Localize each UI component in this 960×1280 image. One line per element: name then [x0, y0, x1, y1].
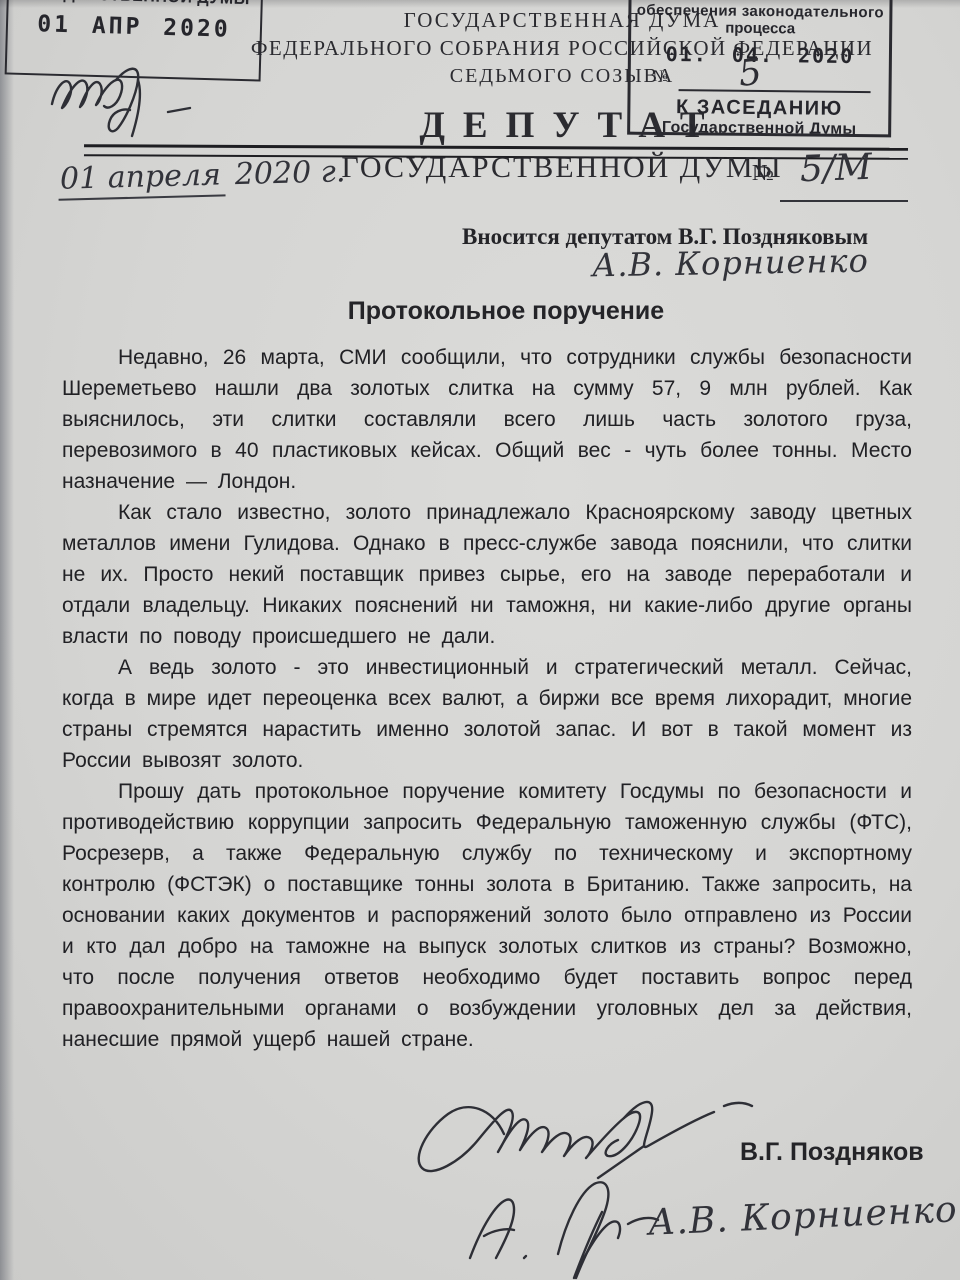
stamp-number-handwritten: 5	[737, 52, 764, 95]
number-underline	[780, 200, 908, 202]
stamp-purpose-line1: К ЗАСЕДАНИЮ	[630, 96, 888, 122]
stamp-dept-line2: процесса	[631, 19, 889, 39]
stamp-number-row: № 5	[653, 68, 871, 96]
handwritten-date-day-month: 01 апреля	[58, 157, 226, 200]
registrar-signature	[42, 52, 222, 142]
stamp-number-line	[679, 89, 871, 93]
stamp-dept-line1: обеспечения законодательного	[631, 2, 889, 22]
letterhead-role-org: ГОСУДАРСТВЕННОЙ ДУМЫ	[228, 151, 896, 185]
paragraph-3: А ведь золото - это инвестиционный и стр…	[62, 652, 912, 776]
paragraph-1: Недавно, 26 марта, СМИ сообщили, что сот…	[62, 342, 912, 497]
document-body: Недавно, 26 марта, СМИ сообщили, что сот…	[62, 342, 912, 1055]
stamp-number-label: №	[653, 68, 668, 85]
stamp-date: 01 АПР 2020	[8, 10, 261, 43]
photo-edge-shadow-left	[0, 0, 14, 1280]
paragraph-2: Как стало известно, золото принадлежало …	[62, 497, 912, 652]
document-title: Протокольное поручение	[300, 297, 712, 326]
stamp-org-line: ГОСУДАРСТВЕННОЙ ДУМЫ	[9, 0, 261, 10]
session-stamp: обеспечения законодательного процесса 01…	[627, 0, 893, 137]
scanned-document-page: ДЕПУТАТОВ ГОСУДАРСТВЕННОЙ ДУМЫ 01 АПР 20…	[0, 0, 960, 1280]
handwritten-cosigner-name-top: А.В. Корниенко	[592, 242, 869, 285]
deputy-printed-name: В.Г. Поздняков	[740, 1138, 924, 1167]
stamp-purpose-line2: Государственной Думы	[630, 119, 888, 138]
paragraph-4: Прошу дать протокольное поручение комите…	[62, 776, 912, 1055]
